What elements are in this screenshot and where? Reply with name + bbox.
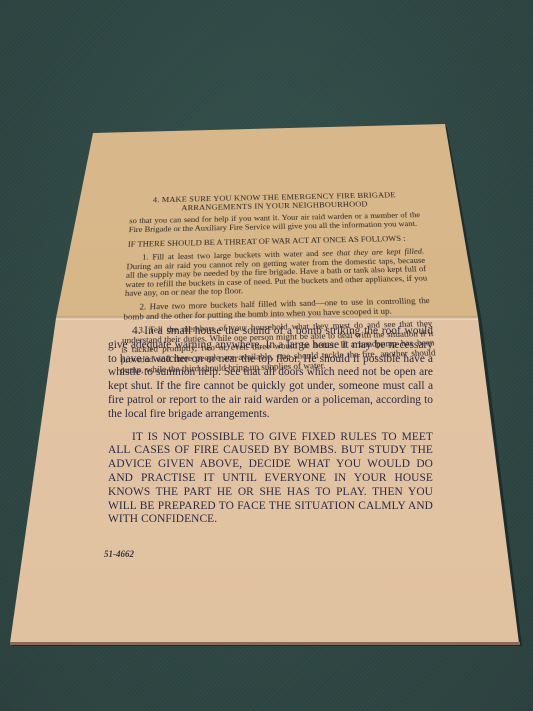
form-number: 51-4662	[104, 549, 134, 559]
closing-advice: It is not possible to give fixed rules t…	[108, 431, 433, 528]
instruction-item-4: 4. In a small house the sound of a bomb …	[108, 325, 433, 422]
item-1-rest: During an air raid you cannot rely on ge…	[125, 256, 428, 298]
instruction-item-2: 2. Have two more buckets half filled wit…	[123, 296, 431, 322]
instruction-item-1: 1. Fill at least two large buckets with …	[125, 247, 429, 298]
paper-bottom-edge	[10, 642, 520, 645]
lower-text-block: 4. In a small house the sound of a bomb …	[108, 325, 433, 536]
section-4-body: so that you can send for help if you wan…	[129, 211, 422, 234]
